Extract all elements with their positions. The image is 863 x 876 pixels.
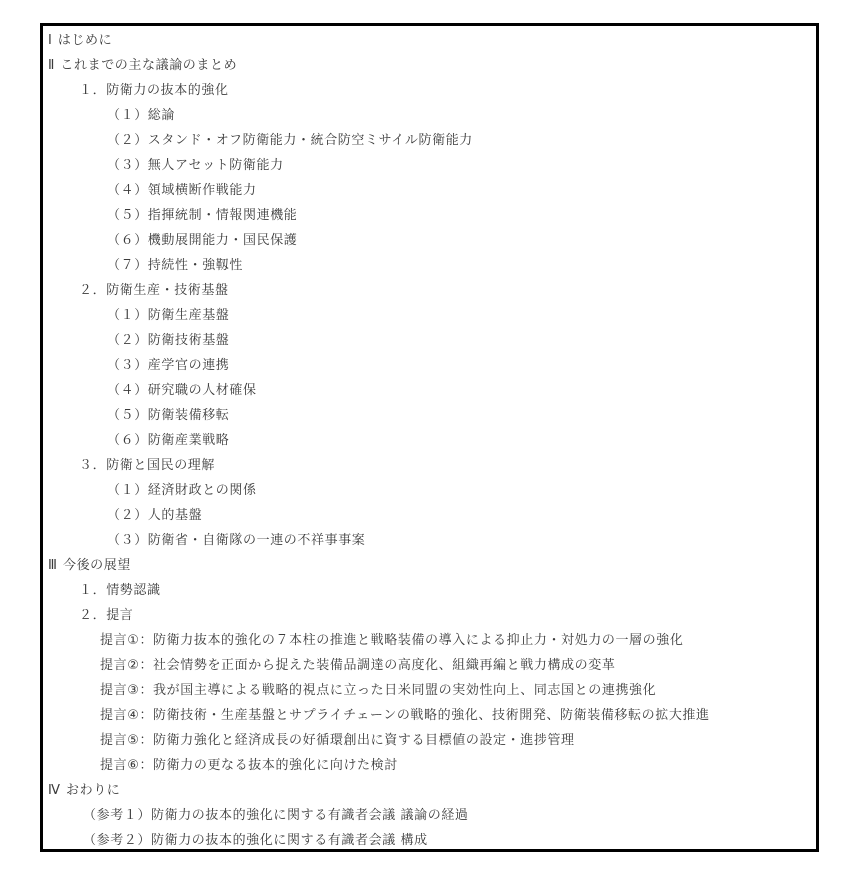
section-numeral: Ⅱ (48, 53, 54, 78)
toc-subsection: ３．防衛と国民の理解 (43, 453, 816, 478)
toc-subsection: ２．防衛生産・技術基盤 (43, 278, 816, 303)
toc-proposal: 提言②：社会情勢を正面から捉えた装備品調達の高度化、組織再編と戦力構成の変革 (43, 653, 816, 678)
toc-subitem: （４）領域横断作戦能力 (43, 178, 816, 203)
toc-subitem: （５）防衛装備移転 (43, 403, 816, 428)
toc-subitem: （７）持続性・強靱性 (43, 253, 816, 278)
toc-subitem: （５）指揮統制・情報関連機能 (43, 203, 816, 228)
toc-reference: （参考１）防衛力の抜本的強化に関する有識者会議 議論の経過 (43, 803, 816, 828)
toc-proposal: 提言④：防衛技術・生産基盤とサプライチェーンの戦略的強化、技術開発、防衛装備移転… (43, 703, 816, 728)
toc-subitem: （１）経済財政との関係 (43, 478, 816, 503)
toc-subitem: （６）機動展開能力・国民保護 (43, 228, 816, 253)
toc-item-label: おわりに (66, 783, 120, 798)
toc-subitem: （３）産学官の連携 (43, 353, 816, 378)
toc-subitem: （１）防衛生産基盤 (43, 303, 816, 328)
toc-proposal: 提言①：防衛力抜本的強化の７本柱の推進と戦略装備の導入による抑止力・対処力の一層… (43, 628, 816, 653)
toc-subitem: （４）研究職の人材確保 (43, 378, 816, 403)
section-numeral: Ⅳ (48, 778, 60, 803)
toc-item-summary: Ⅱこれまでの主な議論のまとめ (43, 53, 816, 78)
toc-subitem: （６）防衛産業戦略 (43, 428, 816, 453)
toc-item-outlook: Ⅲ今後の展望 (43, 553, 816, 578)
toc-subitem: （１）総論 (43, 103, 816, 128)
toc-subitem: （３）防衛省・自衛隊の一連の不祥事事案 (43, 528, 816, 553)
toc-list: Ⅰはじめに Ⅱこれまでの主な議論のまとめ １．防衛力の抜本的強化 （１）総論 （… (43, 28, 816, 853)
toc-subsection: １．防衛力の抜本的強化 (43, 78, 816, 103)
toc-proposal: 提言⑥：防衛力の更なる抜本的強化に向けた検討 (43, 753, 816, 778)
toc-item-intro: Ⅰはじめに (43, 28, 816, 53)
table-of-contents-box: Ⅰはじめに Ⅱこれまでの主な議論のまとめ １．防衛力の抜本的強化 （１）総論 （… (40, 23, 819, 852)
toc-reference: （参考２）防衛力の抜本的強化に関する有識者会議 構成 (43, 828, 816, 853)
toc-item-label: 今後の展望 (63, 558, 131, 573)
toc-subitem: （２）防衛技術基盤 (43, 328, 816, 353)
toc-proposal: 提言⑤：防衛力強化と経済成長の好循環創出に資する目標値の設定・進捗管理 (43, 728, 816, 753)
toc-subsection: １．情勢認識 (43, 578, 816, 603)
section-numeral: Ⅰ (48, 28, 52, 53)
toc-subitem: （３）無人アセット防衛能力 (43, 153, 816, 178)
toc-item-label: はじめに (58, 33, 112, 48)
toc-subitem: （２）スタンド・オフ防衛能力・統合防空ミサイル防衛能力 (43, 128, 816, 153)
toc-subsection: ２．提言 (43, 603, 816, 628)
toc-item-label: これまでの主な議論のまとめ (60, 58, 237, 73)
section-numeral: Ⅲ (48, 553, 57, 578)
toc-proposal: 提言③：我が国主導による戦略的視点に立った日米同盟の実効性向上、同志国との連携強… (43, 678, 816, 703)
toc-subitem: （２）人的基盤 (43, 503, 816, 528)
toc-item-closing: Ⅳおわりに (43, 778, 816, 803)
